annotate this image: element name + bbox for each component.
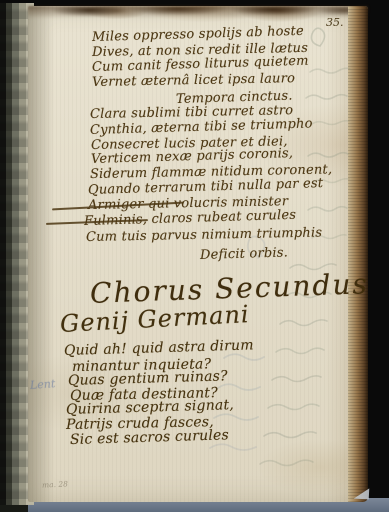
poem-line: Cum tuis parvus nimium triumphis (86, 225, 322, 245)
scorched-top-edge (28, 6, 368, 21)
chorus-subheading: Genij Germani (59, 300, 250, 338)
book-fore-edge (348, 6, 368, 502)
poem-line: Quid ah! quid astra dirum (64, 337, 254, 359)
margin-annotation-pencil: ma. 28 (42, 479, 68, 489)
manuscript-photo: 35. Miles oppresso spolijs ab hoste Dive… (0, 0, 389, 512)
poem-line: Vernet æternâ licet ipsa lauro (92, 71, 295, 90)
manuscript-page: 35. Miles oppresso spolijs ab hoste Dive… (28, 6, 368, 502)
next-page-corner (354, 488, 370, 500)
poem-line: Sic est sacros curules (70, 427, 229, 448)
margin-annotation-blue: Lent (30, 377, 56, 392)
page-number: 35. (326, 16, 344, 29)
poem-line-indented: Deficit orbis. (200, 245, 288, 263)
